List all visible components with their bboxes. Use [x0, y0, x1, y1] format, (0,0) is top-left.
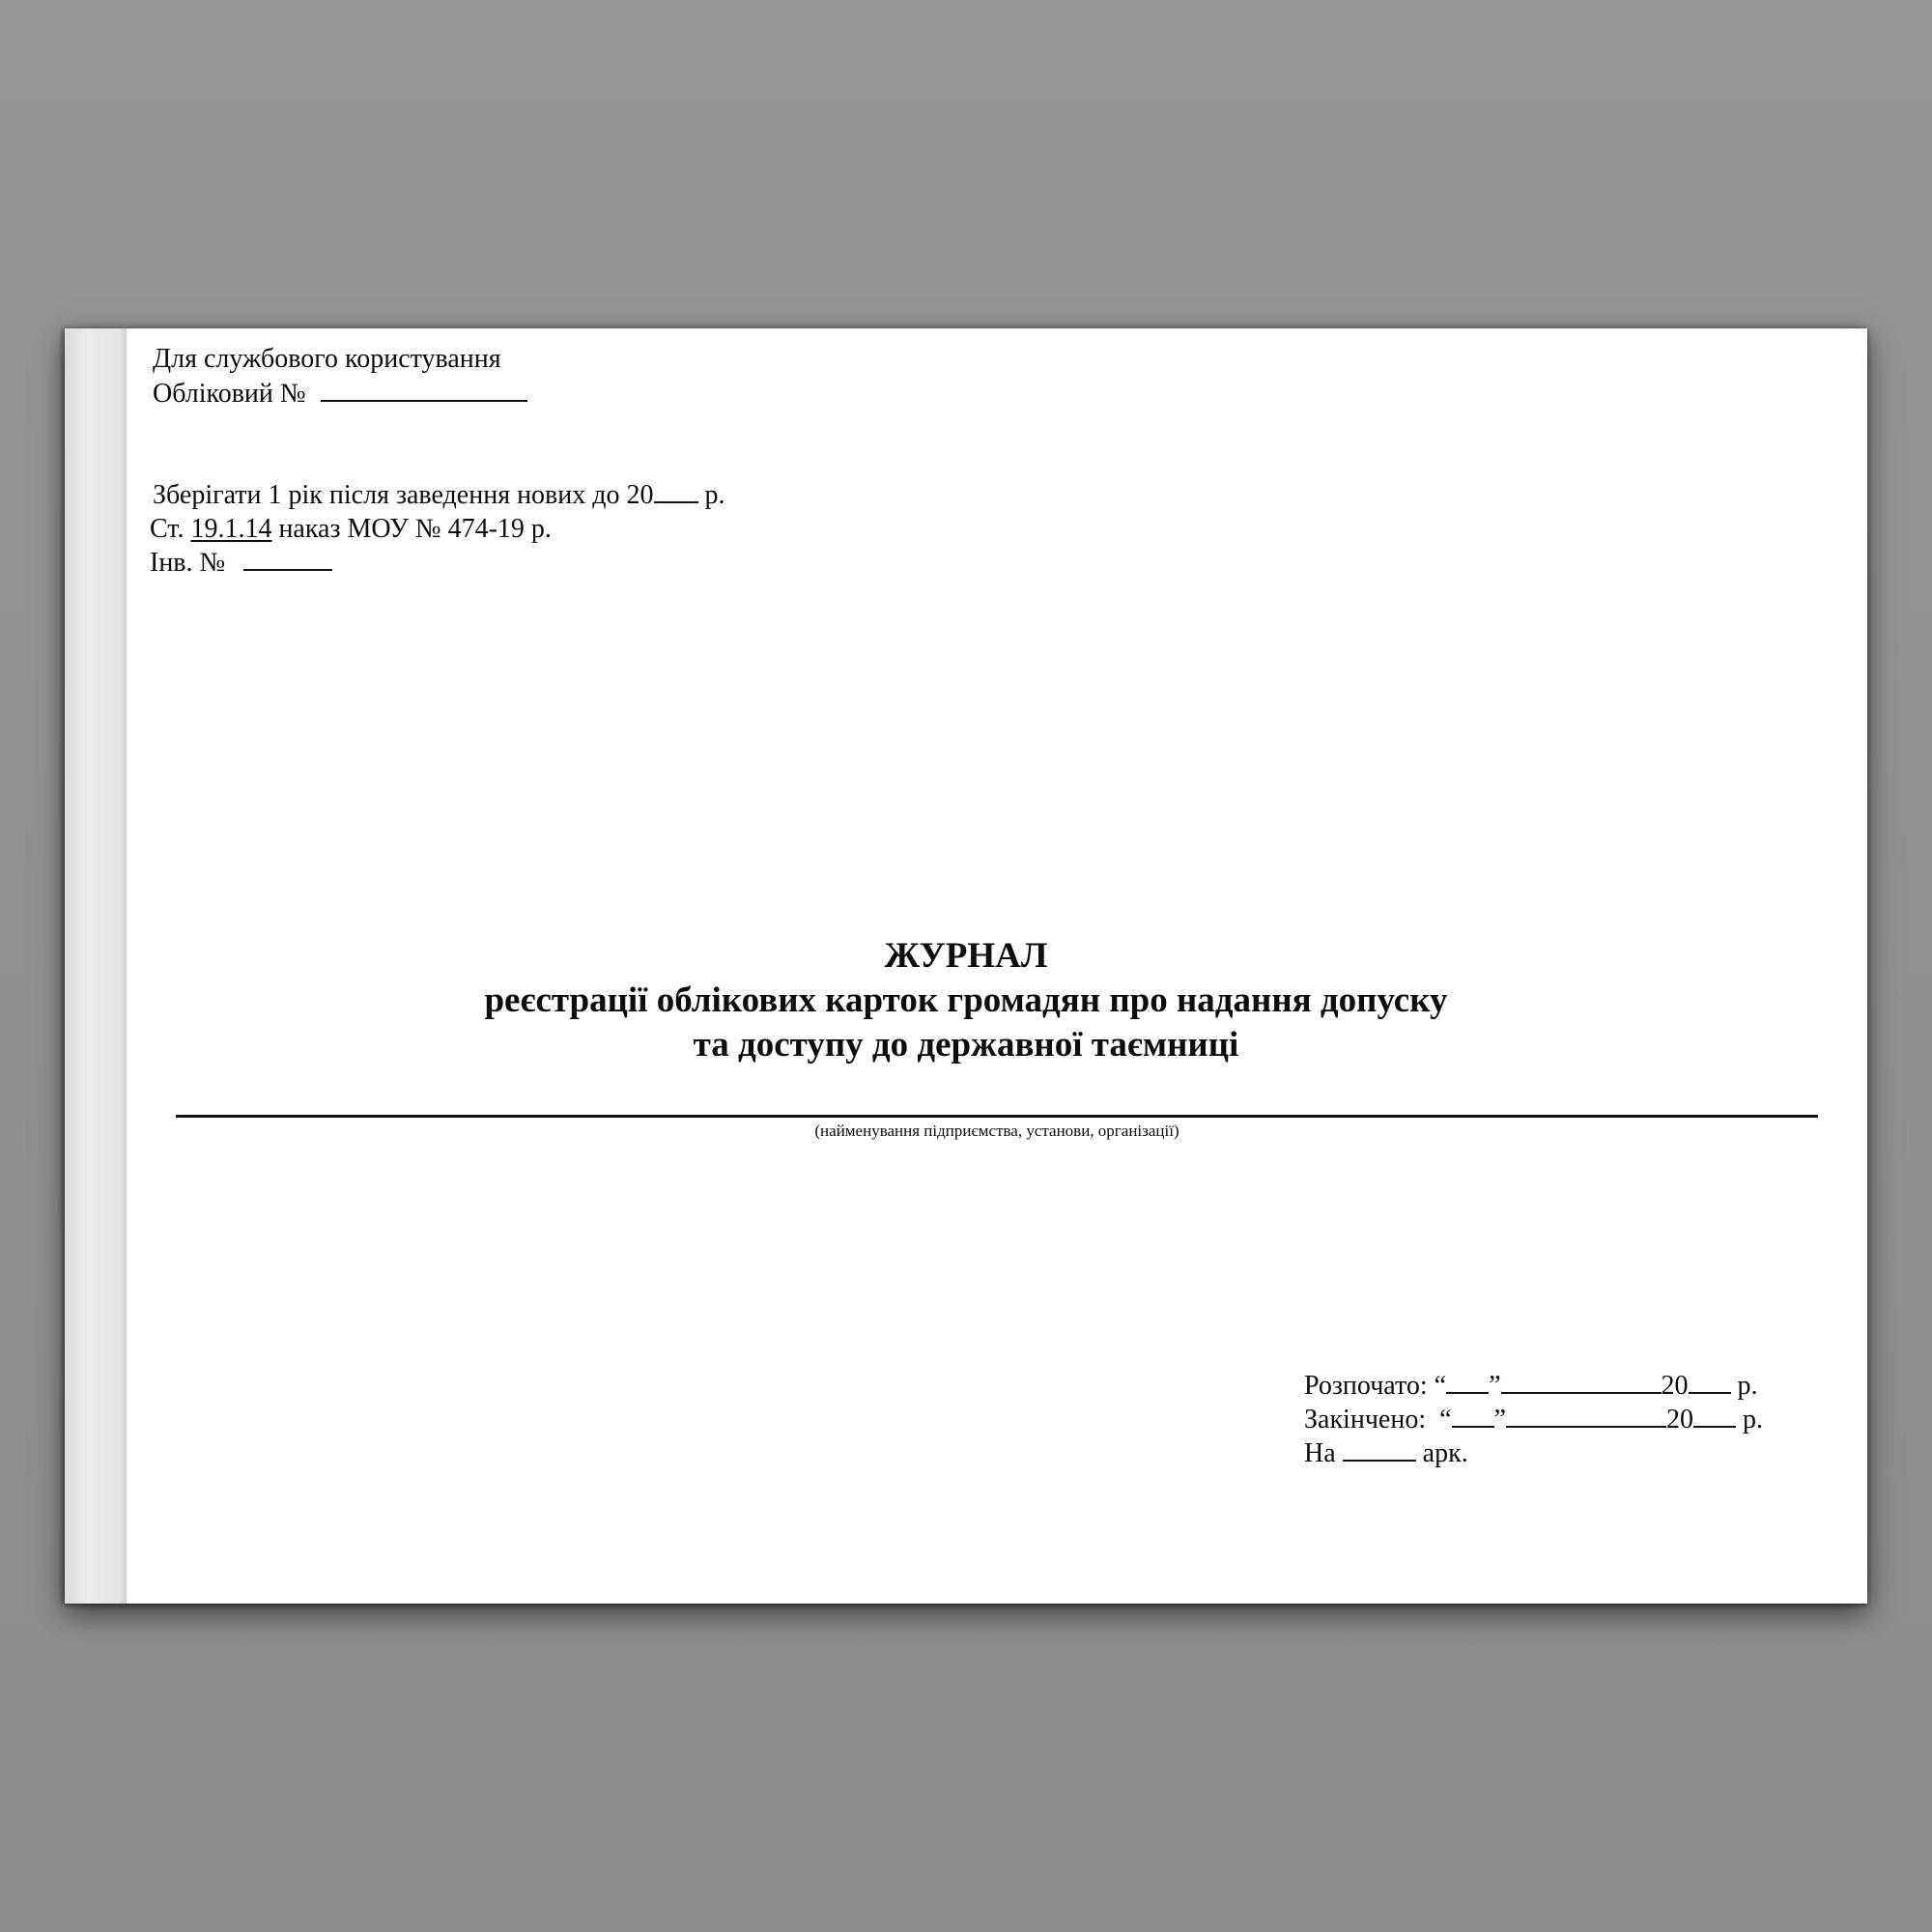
- retention-suffix: р.: [705, 480, 725, 510]
- started-row: Розпочато: “”20 р.: [1304, 1369, 1758, 1404]
- article-number: 19.1.14: [190, 514, 271, 544]
- article-row: Ст. 19.1.14 наказ МОУ № 474-19 р.: [150, 512, 552, 547]
- article-order: наказ МОУ № 474-19 р.: [278, 514, 552, 544]
- retention-row: Зберігати 1 рік після заведення нових до…: [153, 478, 725, 513]
- inventory-row: Інв. №: [150, 546, 332, 581]
- retention-text: Зберігати 1 рік після заведення нових до…: [153, 480, 654, 510]
- finished-day-field[interactable]: [1452, 1405, 1494, 1428]
- account-number-label: Обліковий №: [153, 379, 306, 409]
- account-number-row: Обліковий №: [153, 377, 527, 412]
- finished-month-field[interactable]: [1506, 1405, 1666, 1428]
- organization-caption: (найменування підприємства, установи, ор…: [176, 1121, 1818, 1142]
- sheets-count-field[interactable]: [1343, 1438, 1416, 1462]
- article-prefix: Ст.: [150, 514, 184, 544]
- inventory-label: Інв. №: [150, 548, 225, 578]
- sheets-suffix: арк.: [1423, 1438, 1468, 1468]
- title-line-2: та доступу до державної таємниці: [65, 1023, 1867, 1067]
- started-label: Розпочато:: [1304, 1371, 1428, 1401]
- account-number-field[interactable]: [321, 379, 527, 402]
- started-month-field[interactable]: [1501, 1371, 1662, 1394]
- classification-label: Для службового користування: [153, 342, 501, 377]
- title-line-1: реєстрації облікових карток громадян про…: [65, 979, 1867, 1023]
- organization-name-field[interactable]: [176, 1115, 1818, 1118]
- retention-year-field[interactable]: [654, 480, 698, 503]
- title-main: ЖУРНАЛ: [65, 934, 1867, 979]
- started-day-field[interactable]: [1446, 1371, 1489, 1394]
- finished-label: Закінчено:: [1304, 1405, 1426, 1435]
- journal-title: ЖУРНАЛ реєстрації облікових карток грома…: [65, 934, 1867, 1067]
- finished-year-field[interactable]: [1693, 1405, 1736, 1428]
- inventory-number-field[interactable]: [243, 548, 332, 571]
- sheets-prefix: На: [1304, 1438, 1336, 1468]
- started-year-field[interactable]: [1689, 1371, 1731, 1394]
- sheets-row: На арк.: [1304, 1436, 1468, 1471]
- finished-row: Закінчено: “”20 р.: [1304, 1403, 1763, 1437]
- journal-cover-page: Для службового користування Обліковий № …: [65, 328, 1867, 1604]
